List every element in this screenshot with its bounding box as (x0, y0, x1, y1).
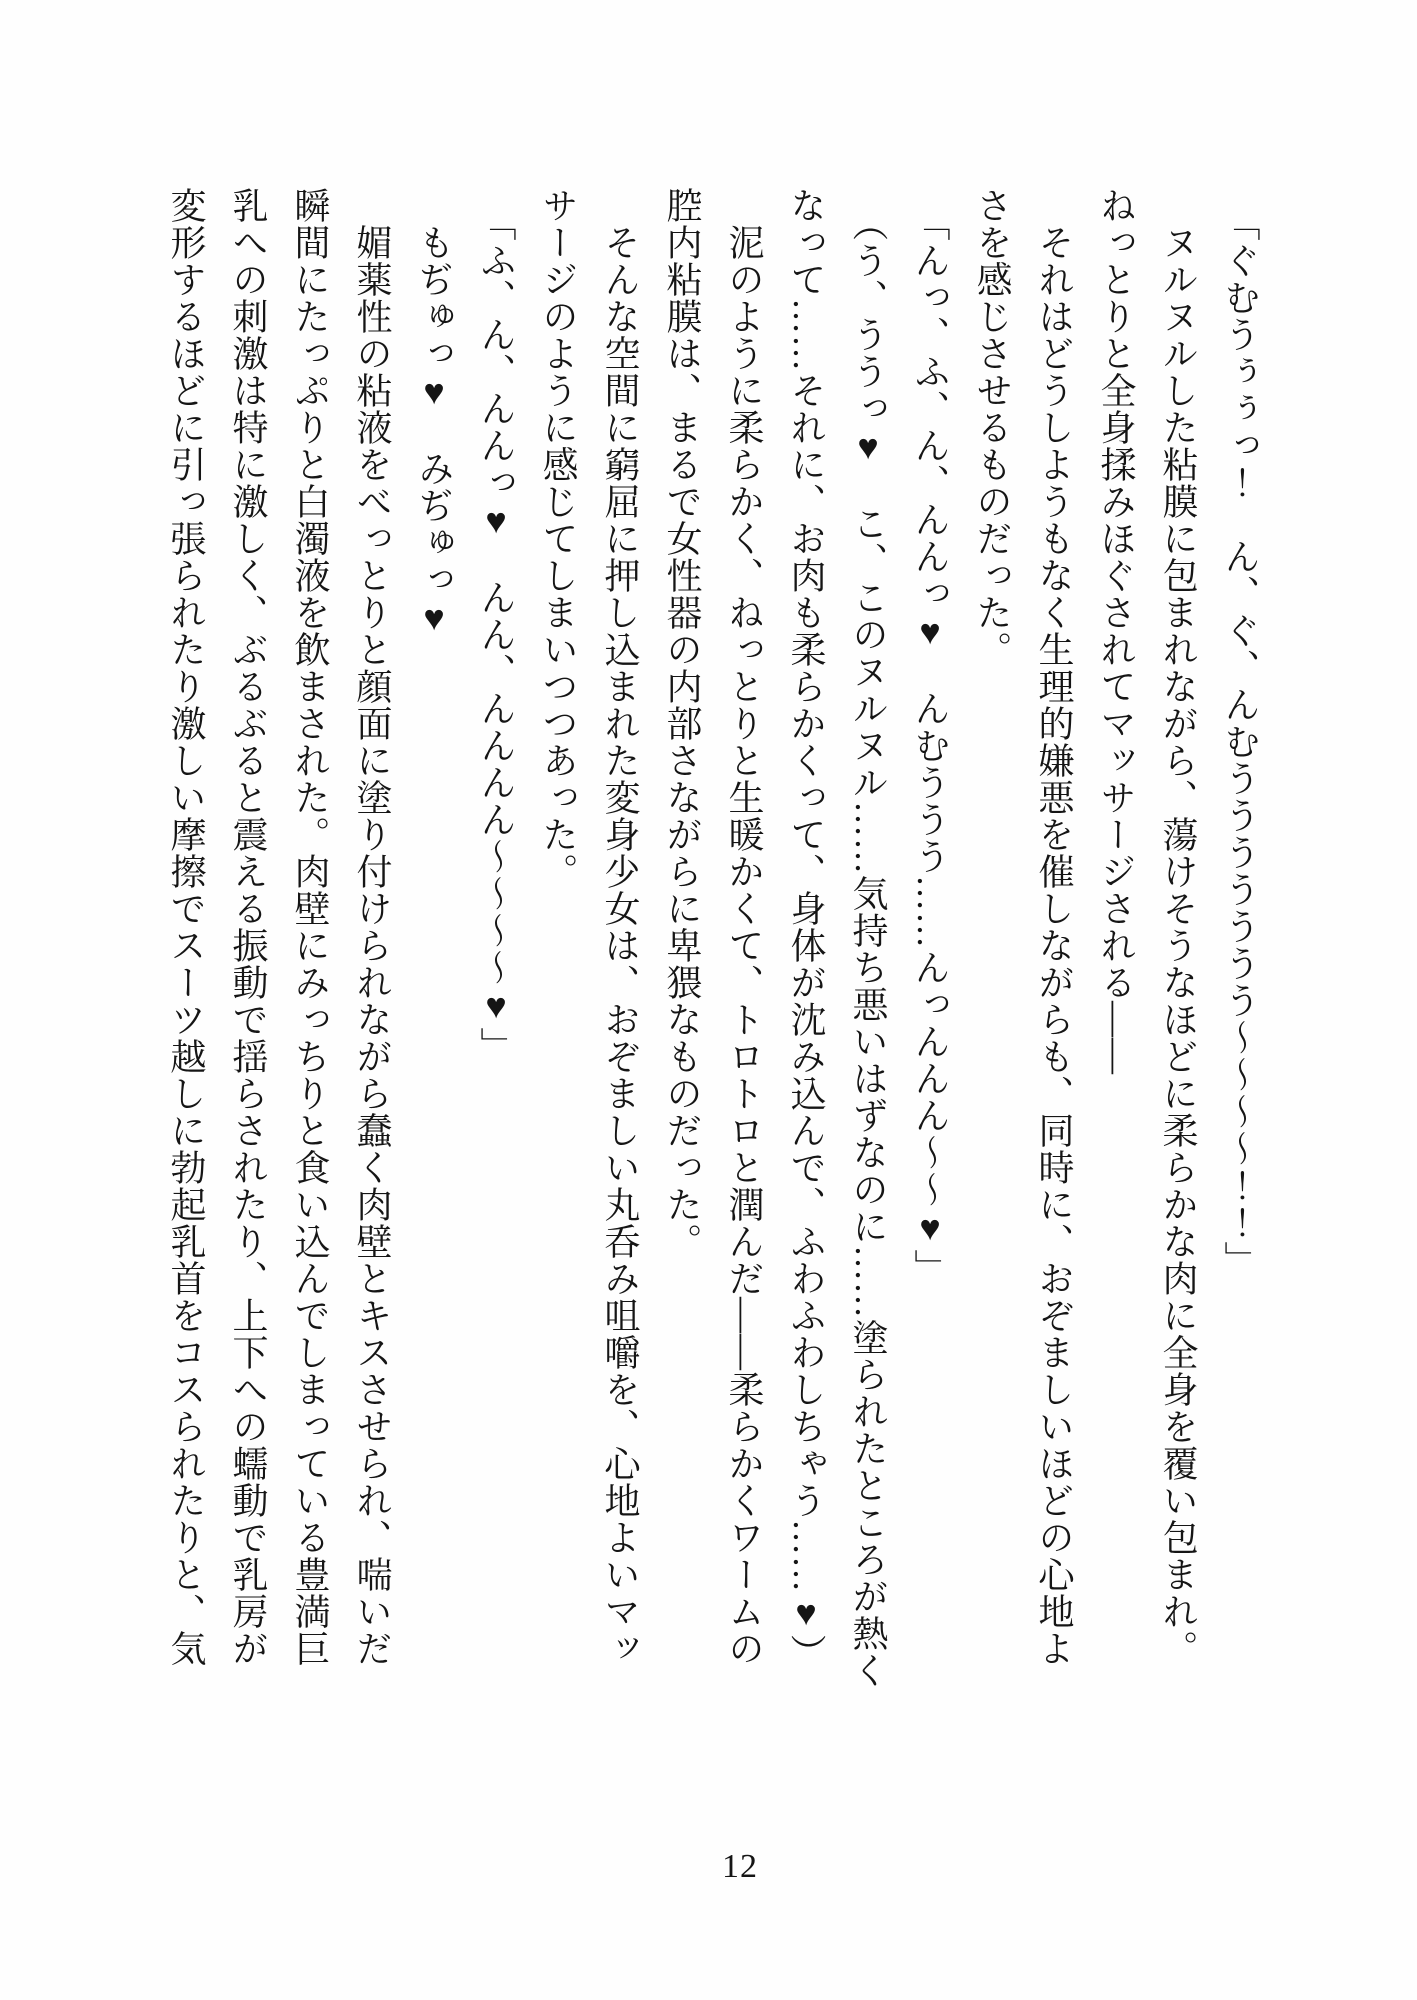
text-column: サージのように感じてしまいつつあった。 (527, 187, 589, 1877)
text-column: ねっとりと全身揉みほぐされてマッサージされる—— (1085, 187, 1147, 1877)
text-column: もぢゅっ♥ みぢゅっ♥ (403, 187, 465, 1877)
document-page: 「ぐむうぅぅっ！ ん、ぐ、んむううううううう〜〜〜〜！！」 ヌルヌルした粘膜に包… (0, 0, 1417, 2000)
text-column: ヌルヌルした粘膜に包まれながら、蕩けそうなほどに柔らかな肉に全身を覆い包まれ。 (1147, 187, 1209, 1877)
page-number: 12 (722, 1848, 758, 1886)
text-column: さを感じさせるものだった。 (961, 187, 1023, 1877)
text-column: 「んっ、ふ、ん、んんっ♥ んむううう……んっんんん〜〜♥」 (899, 187, 961, 1877)
text-column: それはどうしようもなく生理的嫌悪を催しながらも、同時に、おぞましいほどの心地よ (1023, 187, 1085, 1877)
text-column: （う、ううっ♥ こ、このヌルヌル……気持ち悪いはずなのに……塗られたところが熱く (837, 187, 899, 1877)
text-column: そんな空間に窮屈に押し込まれた変身少女は、おぞましい丸呑み咀嚼を、心地よいマッ (589, 187, 651, 1877)
text-column: 瞬間にたっぷりと白濁液を飲まされた。肉壁にみっちりと食い込んでしまっている豊満巨 (279, 187, 341, 1877)
text-column: 乳への刺激は特に激しく、ぶるぶると震える振動で揺らされたり、上下への蠕動で乳房が (217, 187, 279, 1877)
text-column: 媚薬性の粘液をべっとりと顔面に塗り付けられながら蠢く肉壁とキスさせられ、喘いだ (341, 187, 403, 1877)
text-column: 腔内粘膜は、まるで女性器の内部さながらに卑猥なものだった。 (651, 187, 713, 1877)
text-column: 変形するほどに引っ張られたり激しい摩擦でスーツ越しに勃起乳首をコスられたりと、気 (155, 187, 217, 1877)
text-column: 「ぐむうぅぅっ！ ん、ぐ、んむううううううう〜〜〜〜！！」 (1209, 187, 1271, 1877)
text-column: 泥のように柔らかく、ねっとりと生暖かくて、トロトロと潤んだ——柔らかくワームの (713, 187, 775, 1877)
text-column: 「ふ、ん、んんっ♥ んん、んんんん〜〜〜〜♥」 (465, 187, 527, 1877)
text-column: なって……それに、お肉も柔らかくって、身体が沈み込んで、ふわふわしちゃう……♥） (775, 187, 837, 1877)
vertical-text-block: 「ぐむうぅぅっ！ ん、ぐ、んむううううううう〜〜〜〜！！」 ヌルヌルした粘膜に包… (155, 187, 1271, 1877)
